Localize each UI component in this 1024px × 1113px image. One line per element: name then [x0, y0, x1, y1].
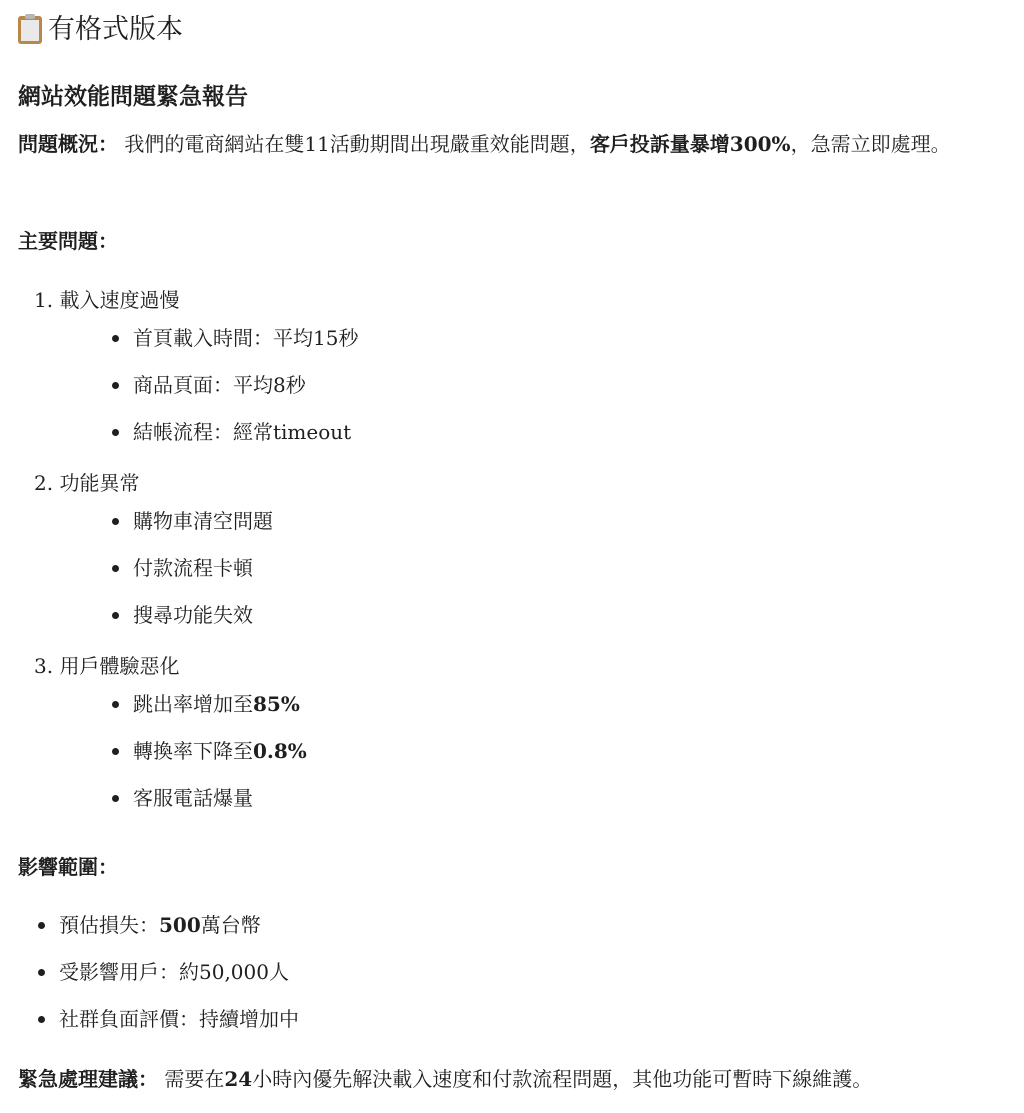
list-item-text: 商品頁面：平均8秒: [133, 373, 306, 397]
overview-paragraph: 問題概況： 我們的電商網站在雙11活動期間出現嚴重效能問題，客戶投訴量暴增300…: [18, 125, 1006, 163]
overview-text: 我們的電商網站在雙11活動期間出現嚴重效能問題，: [118, 132, 590, 156]
list-item: 客服電話爆量: [110, 778, 358, 825]
list-item-highlight: 0.8%: [253, 739, 307, 763]
recommendation-highlight: 24: [224, 1067, 252, 1091]
list-item-text: 轉換率下降至: [133, 739, 253, 763]
issue-title: 2. 功能異常: [34, 465, 358, 501]
list-item-text: 搜尋功能失效: [133, 603, 253, 627]
list-item-text: 首頁載入時間：平均15秒: [133, 326, 358, 350]
issue-item: 2. 功能異常 購物車清空問題 付款流程卡頓 搜尋功能失效: [0, 465, 358, 648]
list-item: 受影響用戶：約50,000人: [36, 950, 299, 997]
issue-subitems: 購物車清空問題 付款流程卡頓 搜尋功能失效: [34, 501, 358, 648]
main-issues-list: 1. 載入速度過慢 首頁載入時間：平均15秒 商品頁面：平均8秒 結帳流程：經常…: [0, 282, 358, 831]
document: 有格式版本 網站效能問題緊急報告 問題概況： 我們的電商網站在雙11活動期間出現…: [0, 0, 1024, 48]
list-item-text: 結帳流程：經常timeout: [133, 420, 351, 444]
list-item-text-end: 萬台幣: [201, 913, 261, 937]
list-item-text: 社群負面評價：持續增加中: [59, 1007, 299, 1031]
clipboard-icon: [18, 16, 42, 44]
issue-subitems: 跳出率增加至85% 轉換率下降至0.8% 客服電話爆量: [34, 684, 358, 831]
recommendation-paragraph: 緊急處理建議： 需要在24小時內優先解決載入速度和付款流程問題，其他功能可暫時下…: [18, 1060, 1006, 1098]
list-item: 轉換率下降至0.8%: [110, 731, 358, 778]
list-item-text: 受影響用戶：約50,000人: [59, 960, 289, 984]
overview-highlight: 客戶投訴量暴增300%: [590, 132, 791, 156]
impact-label: 影響範圍：: [18, 848, 1006, 886]
list-item-highlight: 85%: [253, 692, 300, 716]
overview-text-end: ，急需立即處理。: [791, 132, 951, 156]
list-item: 付款流程卡頓: [110, 548, 358, 595]
list-item: 商品頁面：平均8秒: [110, 365, 358, 412]
page-title: 有格式版本: [18, 0, 1006, 48]
recommendation-text-end: 小時內優先解決載入速度和付款流程問題，其他功能可暫時下線維護。: [252, 1067, 872, 1091]
list-item: 社群負面評價：持續增加中: [36, 997, 299, 1044]
list-item-text: 付款流程卡頓: [133, 556, 253, 580]
list-item: 結帳流程：經常timeout: [110, 412, 358, 459]
overview-label: 問題概況：: [18, 132, 118, 156]
issue-title: 1. 載入速度過慢: [34, 282, 358, 318]
report-title: 網站效能問題緊急報告: [18, 78, 248, 111]
list-item-text: 客服電話爆量: [133, 786, 253, 810]
list-item: 搜尋功能失效: [110, 595, 358, 642]
issue-subitems: 首頁載入時間：平均15秒 商品頁面：平均8秒 結帳流程：經常timeout: [34, 318, 358, 465]
issue-item: 1. 載入速度過慢 首頁載入時間：平均15秒 商品頁面：平均8秒 結帳流程：經常…: [0, 282, 358, 465]
list-item-text: 跳出率增加至: [133, 692, 253, 716]
main-issues-label: 主要問題：: [18, 222, 1006, 260]
list-item-text: 預估損失：: [59, 913, 159, 937]
issue-item: 3. 用戶體驗惡化 跳出率增加至85% 轉換率下降至0.8% 客服電話爆量: [0, 648, 358, 831]
list-item-highlight: 500: [159, 913, 201, 937]
issue-title: 3. 用戶體驗惡化: [34, 648, 358, 684]
list-item-text: 購物車清空問題: [133, 509, 273, 533]
list-item: 首頁載入時間：平均15秒: [110, 318, 358, 365]
recommendation-text: 需要在: [158, 1067, 224, 1091]
page-title-text: 有格式版本: [48, 12, 183, 48]
list-item: 購物車清空問題: [110, 501, 358, 548]
list-item: 預估損失：500萬台幣: [36, 903, 299, 950]
recommendation-label: 緊急處理建議：: [18, 1067, 158, 1091]
list-item: 跳出率增加至85%: [110, 684, 358, 731]
impact-list: 預估損失：500萬台幣 受影響用戶：約50,000人 社群負面評價：持續增加中: [36, 903, 299, 1044]
